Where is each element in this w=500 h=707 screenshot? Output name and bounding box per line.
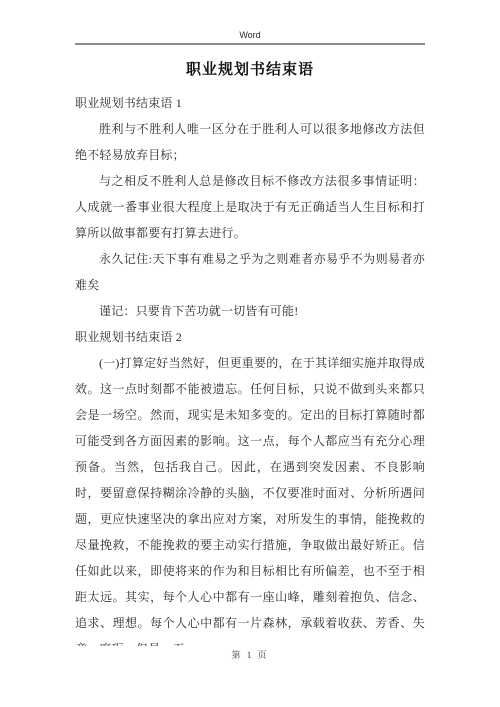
page-number: 第 1 页	[231, 650, 268, 660]
document-footer: 第 1 页	[0, 648, 500, 661]
page-title: 职业规划书结束语	[0, 58, 500, 82]
section-heading-1: 职业规划书结束语 1	[75, 90, 425, 116]
paragraph: (一)打算定好当然好，但更重要的，在于其详细实施并取得成效。这一点时刻都不能被遗…	[75, 350, 425, 646]
paragraph: 永久记住:天下事有难易之乎为之则难者亦易乎不为则易者亦难矣	[75, 246, 425, 298]
paragraph: 谨记：只要肯下苦功就一切皆有可能!	[75, 298, 425, 324]
section-heading-2: 职业规划书结束语 2	[75, 324, 425, 350]
paragraph: 与之相反不胜利人总是修改目标不修改方法很多事情证明：人成就一番事业很大程度上是取…	[75, 168, 425, 246]
document-header: Word	[75, 30, 425, 45]
paragraph: 胜利与不胜利人唯一区分在于胜利人可以很多地修改方法但绝不轻易放弃目标；	[75, 116, 425, 168]
document-body: 职业规划书结束语 1 胜利与不胜利人唯一区分在于胜利人可以很多地修改方法但绝不轻…	[75, 90, 425, 646]
header-app-label: Word	[239, 30, 260, 40]
document-page: Word 职业规划书结束语 职业规划书结束语 1 胜利与不胜利人唯一区分在于胜利…	[0, 0, 500, 707]
